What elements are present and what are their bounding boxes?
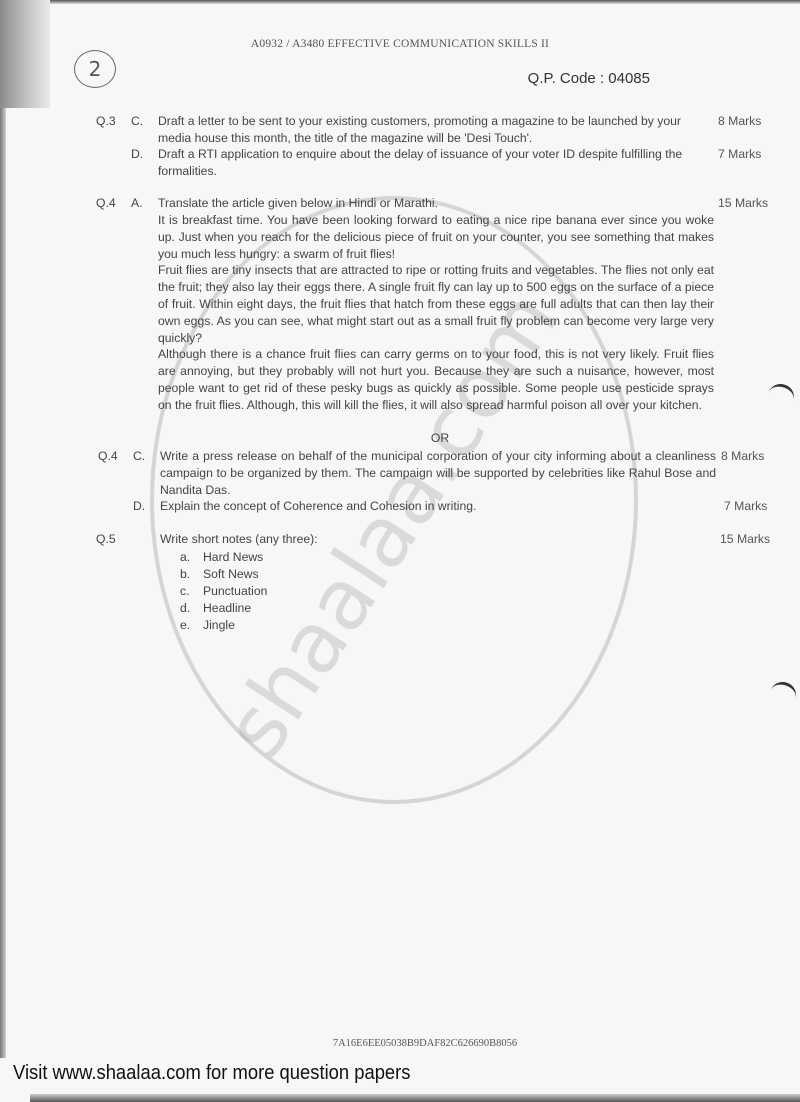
question-text: Explain the concept of Coherence and Coh… — [160, 498, 716, 515]
marks-label: 7 Marks — [718, 146, 761, 163]
marks-label: 8 Marks — [718, 113, 761, 130]
marks-label: 15 Marks — [720, 531, 770, 548]
question-text: Translate the article given below in Hin… — [158, 195, 714, 212]
scan-edge — [30, 1094, 800, 1102]
question-number: Q.5 — [96, 531, 116, 548]
marks-label: 8 Marks — [721, 448, 764, 465]
marks-label: 15 Marks — [718, 195, 768, 212]
qp-code: Q.P. Code : 04085 — [528, 70, 650, 87]
item-label: d. — [180, 600, 203, 617]
question-letter: D. — [133, 498, 145, 515]
item-text: Punctuation — [203, 583, 267, 600]
question-number: Q.3 — [96, 113, 116, 130]
scan-edge — [0, 0, 50, 108]
list-item: c.Punctuation — [180, 583, 267, 600]
question-letter: D. — [131, 146, 143, 163]
header-title: A0932 / A3480 EFFECTIVE COMMUNICATION SK… — [0, 38, 800, 50]
item-text: Jingle — [203, 617, 235, 634]
handwritten-page-number: 2 — [74, 50, 116, 88]
question-letter: A. — [131, 195, 143, 212]
question-text: Draft a RTI application to enquire about… — [158, 146, 703, 180]
document-hash: 7A16E6EE05038B9DAF82C626690B8056 — [0, 1038, 800, 1049]
item-label: c. — [180, 583, 203, 600]
list-item: d.Headline — [180, 600, 267, 617]
passage-paragraph: It is breakfast time. You have been look… — [158, 212, 714, 414]
question-text: Write a press release on behalf of the m… — [160, 448, 716, 498]
scan-edge — [0, 108, 6, 1058]
punch-hole-icon — [767, 679, 799, 711]
question-letter: C. — [133, 448, 145, 465]
short-notes-list: a.Hard News b.Soft News c.Punctuation d.… — [180, 549, 267, 634]
passage-paragraph-3: Although there is a chance fruit flies c… — [158, 346, 714, 413]
scan-edge — [50, 0, 800, 4]
item-text: Hard News — [203, 549, 263, 566]
list-item: e.Jingle — [180, 617, 267, 634]
list-item: a.Hard News — [180, 549, 267, 566]
marks-label: 7 Marks — [724, 498, 767, 515]
list-item: b.Soft News — [180, 566, 267, 583]
question-number: Q.4 — [96, 195, 116, 212]
item-label: b. — [180, 566, 203, 583]
question-letter: C. — [131, 113, 143, 130]
question-text: Draft a letter to be sent to your existi… — [158, 113, 698, 147]
passage-paragraph-2: Fruit flies are tiny insects that are at… — [158, 262, 714, 346]
or-separator: OR — [0, 431, 800, 445]
passage-paragraph-1: It is breakfast time. You have been look… — [158, 212, 714, 262]
punch-hole-icon — [765, 381, 797, 413]
promo-footer-text: Visit www.shaalaa.com for more question … — [13, 1062, 410, 1085]
question-text: Write short notes (any three): — [160, 531, 716, 548]
question-number: Q.4 — [98, 448, 118, 465]
item-label: e. — [180, 617, 203, 634]
item-text: Soft News — [203, 566, 259, 583]
item-text: Headline — [203, 600, 251, 617]
item-label: a. — [180, 549, 203, 566]
